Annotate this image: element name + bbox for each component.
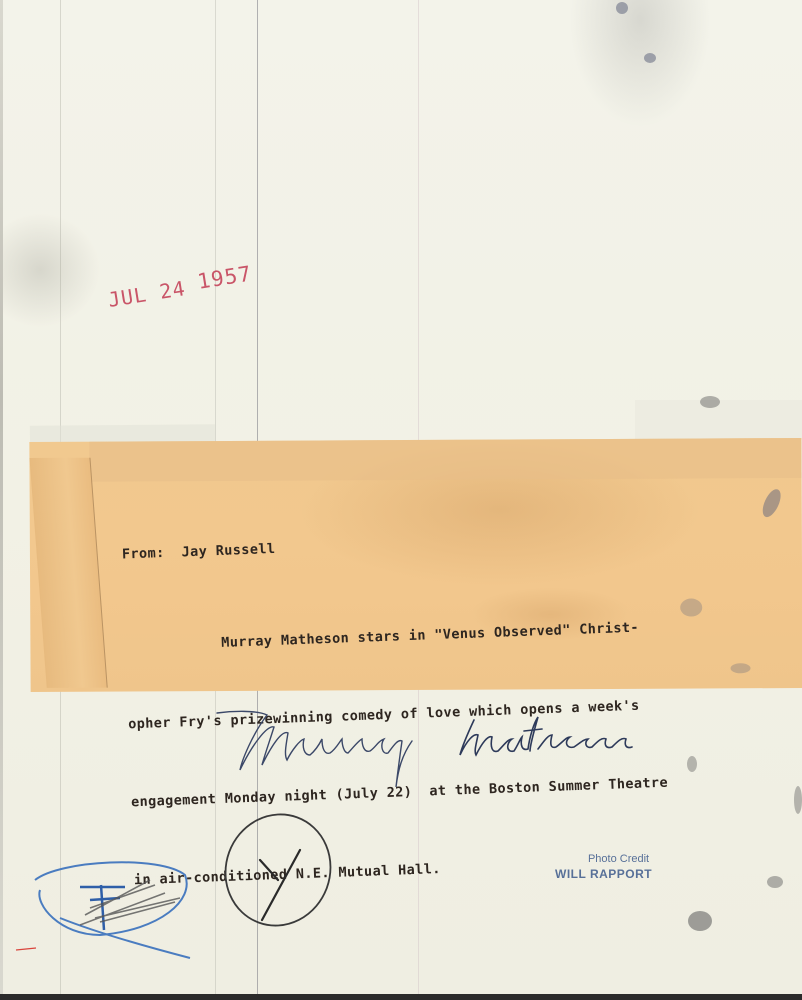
dirt-smudge: [616, 2, 628, 14]
handwritten-signature: Murray Matheson: [212, 705, 652, 800]
caption-clipping: From: Jay Russell Murray Matheson stars …: [29, 438, 802, 692]
date-stamp-month-day: JUL 24: [106, 276, 187, 312]
scan-bottom-edge: [0, 994, 802, 1000]
dirt-smudge: [688, 911, 712, 931]
photo-back-paper: JUL 24 1957 From: Jay Russell Murray Mat…: [0, 0, 802, 994]
clipping-fold: [29, 458, 107, 688]
date-stamp: JUL 24 1957: [106, 265, 254, 312]
dirt-smudge: [767, 876, 783, 888]
ink-smudge: [731, 663, 751, 673]
dirt-smudge: [687, 756, 697, 772]
caption-line: Murray Matheson stars in "Venus Observed…: [125, 614, 663, 660]
fingerprint-smudge: [680, 599, 702, 617]
dirt-smudge: [644, 53, 656, 63]
ink-smudge: [759, 487, 784, 520]
dirt-smudge: [794, 786, 802, 814]
photo-credit-label: Photo Credit: [585, 853, 652, 865]
tape-strip: [635, 400, 802, 440]
photo-credit-name: WILL RAPPORT: [555, 867, 652, 881]
paper-left-edge: [0, 0, 3, 994]
date-stamp-year: 1957: [196, 262, 254, 294]
clipping-tape: [89, 438, 801, 482]
photo-credit-stamp: Photo Credit WILL RAPPORT: [555, 853, 652, 881]
caption-from-line: From: Jay Russell: [122, 522, 660, 568]
red-tick-mark: [16, 948, 36, 950]
